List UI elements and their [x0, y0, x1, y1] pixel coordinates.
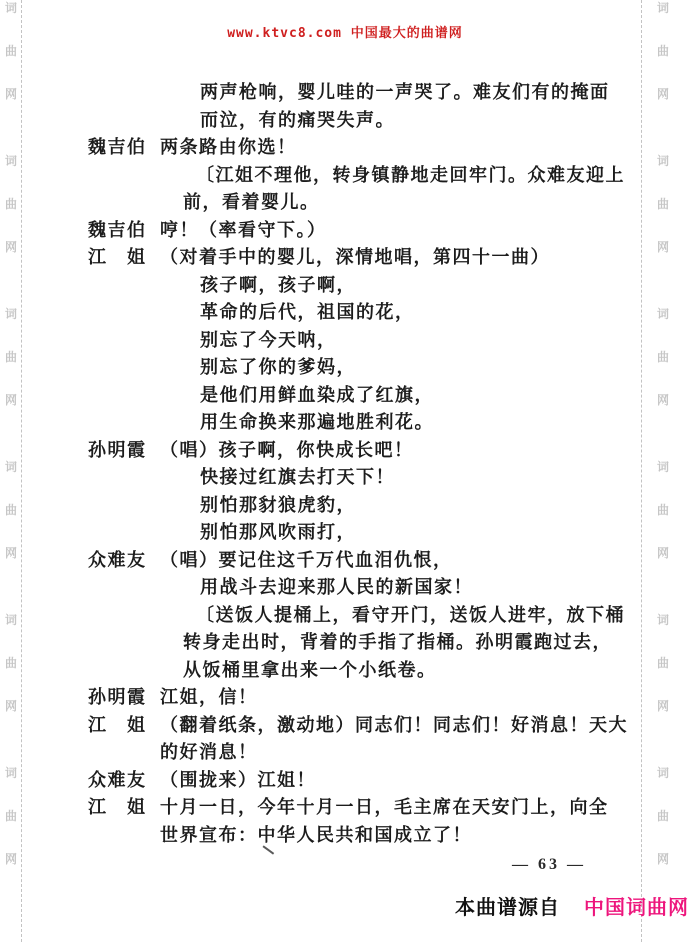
watermark-char: 网 [5, 853, 17, 865]
script-line: 革命的后代，祖国的花， [88, 298, 628, 326]
line-text: 用战斗去迎来那人民的新国家！ [200, 573, 473, 599]
script-line: 魏吉伯 哼！（率看守下。） [88, 216, 628, 244]
line-text: 前，看着婴儿。 [183, 188, 320, 214]
script-line: 江 姐 十月一日，今年十月一日，毛主席在天安门上，向全 [88, 793, 628, 821]
script-line: 孩子啊，孩子啊， [88, 271, 628, 299]
script-body: 两声枪响，婴儿哇的一声哭了。难友们有的掩面 而泣，有的痛哭失声。 魏吉伯 两条路… [88, 78, 628, 848]
watermark-char: 网 [5, 700, 17, 712]
script-line: 孙明霞 （唱）孩子啊，你快成长吧！ [88, 436, 628, 464]
watermark-char: 曲 [5, 504, 17, 516]
line-text: 世界宣布：中华人民共和国成立了！ [160, 821, 472, 847]
script-line: 别怕那风吹雨打， [88, 518, 628, 546]
watermark-char: 词 [657, 614, 669, 626]
script-line: 前，看着婴儿。 [88, 188, 628, 216]
speaker-name: 孙明霞 [88, 683, 160, 709]
watermark-column-left: 词曲网词曲网词曲网词曲网词曲网词曲网 [2, 2, 20, 942]
speaker-name: 江 姐 [88, 711, 160, 737]
watermark-char: 词 [657, 2, 669, 14]
watermark-char: 词 [5, 155, 17, 167]
watermark-char: 曲 [657, 351, 669, 363]
line-text: 江姐，信！ [160, 683, 258, 709]
watermark-char: 词 [657, 767, 669, 779]
speaker-name: 江 姐 [88, 243, 160, 269]
line-text: 转身走出时，背着的手指了指桶。孙明霞跑过去， [183, 628, 612, 654]
script-line: 用生命换来那遍地胜利花。 [88, 408, 628, 436]
script-line: 从饭桶里拿出来一个小纸卷。 [88, 656, 628, 684]
script-line: 快接过红旗去打天下！ [88, 463, 628, 491]
line-text: 别忘了你的爹妈， [200, 353, 356, 379]
watermark-char: 曲 [5, 45, 17, 57]
line-text: （对着手中的婴儿，深情地唱，第四十一曲） [160, 243, 550, 269]
line-text: 用生命换来那遍地胜利花。 [200, 408, 434, 434]
line-text: （翻着纸条，激动地）同志们！同志们！好消息！天大 [160, 711, 628, 737]
watermark-char: 曲 [657, 504, 669, 516]
script-line: 江 姐 （对着手中的婴儿，深情地唱，第四十一曲） [88, 243, 628, 271]
dashed-rule-left [21, 0, 22, 942]
line-text: 别怕那风吹雨打， [200, 518, 356, 544]
speaker-name: 孙明霞 [88, 436, 160, 462]
watermark-char: 网 [5, 394, 17, 406]
watermark-char: 曲 [657, 198, 669, 210]
page-number: — 63 — [512, 856, 586, 874]
line-text: （唱）孩子啊，你快成长吧！ [160, 436, 414, 462]
watermark-char: 网 [657, 394, 669, 406]
line-text: 别忘了今天呐， [200, 326, 337, 352]
line-text: 〔送饭人提桶上，看守开门，送饭人进牢，放下桶 [196, 601, 625, 627]
watermark-char: 网 [657, 547, 669, 559]
watermark-char: 网 [657, 241, 669, 253]
script-line: 而泣，有的痛哭失声。 [88, 106, 628, 134]
watermark-char: 曲 [657, 657, 669, 669]
script-line: 转身走出时，背着的手指了指桶。孙明霞跑过去， [88, 628, 628, 656]
scanned-script-page: 词曲网词曲网词曲网词曲网词曲网词曲网 词曲网词曲网词曲网词曲网词曲网词曲网 ww… [0, 0, 690, 942]
watermark-char: 曲 [5, 198, 17, 210]
line-text: 快接过红旗去打天下！ [200, 463, 395, 489]
line-text: 两声枪响，婴儿哇的一声哭了。难友们有的掩面 [200, 78, 610, 104]
watermark-char: 网 [657, 88, 669, 100]
watermark-char: 曲 [657, 810, 669, 822]
line-text: 十月一日，今年十月一日，毛主席在天安门上，向全 [160, 793, 609, 819]
watermark-char: 词 [5, 614, 17, 626]
script-line: 众难友 （围拢来）江姐！ [88, 766, 628, 794]
line-text: 两条路由你选！ [160, 133, 297, 159]
script-line: 的好消息！ [88, 738, 628, 766]
speaker-name: 众难友 [88, 766, 160, 792]
speaker-name: 江 姐 [88, 793, 160, 819]
line-text: 孩子啊，孩子啊， [200, 271, 356, 297]
watermark-char: 词 [5, 2, 17, 14]
watermark-char: 曲 [5, 351, 17, 363]
script-line: 孙明霞 江姐，信！ [88, 683, 628, 711]
watermark-char: 词 [5, 461, 17, 473]
watermark-char: 曲 [657, 45, 669, 57]
watermark-char: 网 [657, 700, 669, 712]
script-line: 别忘了你的爹妈， [88, 353, 628, 381]
script-line: 别忘了今天呐， [88, 326, 628, 354]
script-line: 是他们用鲜血染成了红旗， [88, 381, 628, 409]
line-text: 哼！（率看守下。） [160, 216, 327, 242]
speaker-name: 众难友 [88, 546, 160, 572]
watermark-char: 网 [657, 853, 669, 865]
footer-attribution: 本曲谱源自 中国词曲网 [455, 891, 689, 920]
script-line: 两声枪响，婴儿哇的一声哭了。难友们有的掩面 [88, 78, 628, 106]
line-text: 〔江姐不理他，转身镇静地走回牢门。众难友迎上 [196, 161, 625, 187]
speaker-name: 魏吉伯 [88, 216, 160, 242]
line-text: （围拢来）江姐！ [160, 766, 316, 792]
script-line: 世界宣布：中华人民共和国成立了！ [88, 821, 628, 849]
watermark-char: 词 [5, 308, 17, 320]
watermark-char: 词 [5, 767, 17, 779]
watermark-char: 曲 [5, 657, 17, 669]
line-text: 是他们用鲜血染成了红旗， [200, 381, 434, 407]
watermark-char: 网 [5, 88, 17, 100]
script-line: 〔送饭人提桶上，看守开门，送饭人进牢，放下桶 [88, 601, 628, 629]
line-text: （唱）要记住这千万代血泪仇恨， [160, 546, 453, 572]
script-line: 〔江姐不理他，转身镇静地走回牢门。众难友迎上 [88, 161, 628, 189]
script-line: 众难友 （唱）要记住这千万代血泪仇恨， [88, 546, 628, 574]
line-text: 革命的后代，祖国的花， [200, 298, 415, 324]
watermark-char: 网 [5, 547, 17, 559]
line-text: 的好消息！ [160, 738, 258, 764]
watermark-column-right: 词曲网词曲网词曲网词曲网词曲网词曲网 [654, 2, 672, 942]
script-line: 别怕那豺狼虎豹， [88, 491, 628, 519]
watermark-char: 词 [657, 308, 669, 320]
footer-source-label: 本曲谱源自 [455, 891, 560, 920]
script-line: 魏吉伯 两条路由你选！ [88, 133, 628, 161]
dashed-rule-right [641, 0, 642, 942]
watermark-char: 词 [657, 461, 669, 473]
watermark-char: 曲 [5, 810, 17, 822]
footer-brand-name: 中国词曲网 [584, 891, 689, 920]
speaker-name: 魏吉伯 [88, 133, 160, 159]
watermark-char: 词 [657, 155, 669, 167]
site-header: www.ktvc8.com 中国最大的曲谱网 [0, 22, 690, 41]
line-text: 从饭桶里拿出来一个小纸卷。 [183, 656, 437, 682]
line-text: 而泣，有的痛哭失声。 [200, 106, 395, 132]
line-text: 别怕那豺狼虎豹， [200, 491, 356, 517]
watermark-char: 网 [5, 241, 17, 253]
script-line: 用战斗去迎来那人民的新国家！ [88, 573, 628, 601]
script-line: 江 姐 （翻着纸条，激动地）同志们！同志们！好消息！天大 [88, 711, 628, 739]
